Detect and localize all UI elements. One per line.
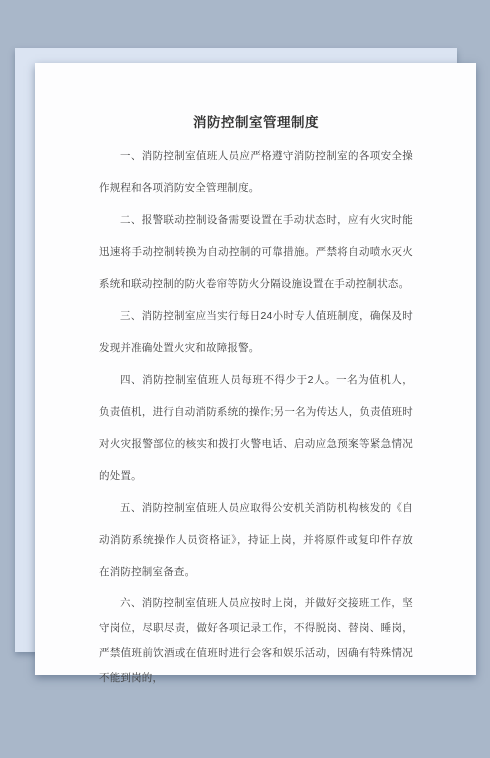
paragraph: 六、消防控制室值班人员应按时上岗，并做好交接班工作，坚守岗位，尽职尽责，做好各项… bbox=[99, 588, 413, 691]
document-page: 消防控制室管理制度 一、消防控制室值班人员应严格遵守消防控制室的各项安全操作规程… bbox=[35, 63, 476, 675]
paragraph: 二、报警联动控制设备需要设置在手动状态时，应有火灾时能迅速将手动控制转换为自动控… bbox=[99, 204, 413, 300]
paragraph: 三、消防控制室应当实行每日24小时专人值班制度，确保及时发现并准确处置火灾和故障… bbox=[99, 300, 413, 364]
paragraph: 一、消防控制室值班人员应严格遵守消防控制室的各项安全操作规程和各项消防安全管理制… bbox=[99, 140, 413, 204]
paragraph-list: 一、消防控制室值班人员应严格遵守消防控制室的各项安全操作规程和各项消防安全管理制… bbox=[99, 140, 413, 691]
paragraph: 四、消防控制室值班人员每班不得少于2人。一名为值机人，负责值机，进行自动消防系统… bbox=[99, 364, 413, 492]
paragraph: 五、消防控制室值班人员应取得公安机关消防机构核发的《自动消防系统操作人员资格证》… bbox=[99, 492, 413, 588]
document-preview: 消防控制室管理制度 一、消防控制室值班人员应严格遵守消防控制室的各项安全操作规程… bbox=[0, 0, 490, 758]
document-title: 消防控制室管理制度 bbox=[99, 108, 413, 138]
app-background: { "document": { "title": "消防控制室管理制度", "p… bbox=[0, 0, 490, 758]
